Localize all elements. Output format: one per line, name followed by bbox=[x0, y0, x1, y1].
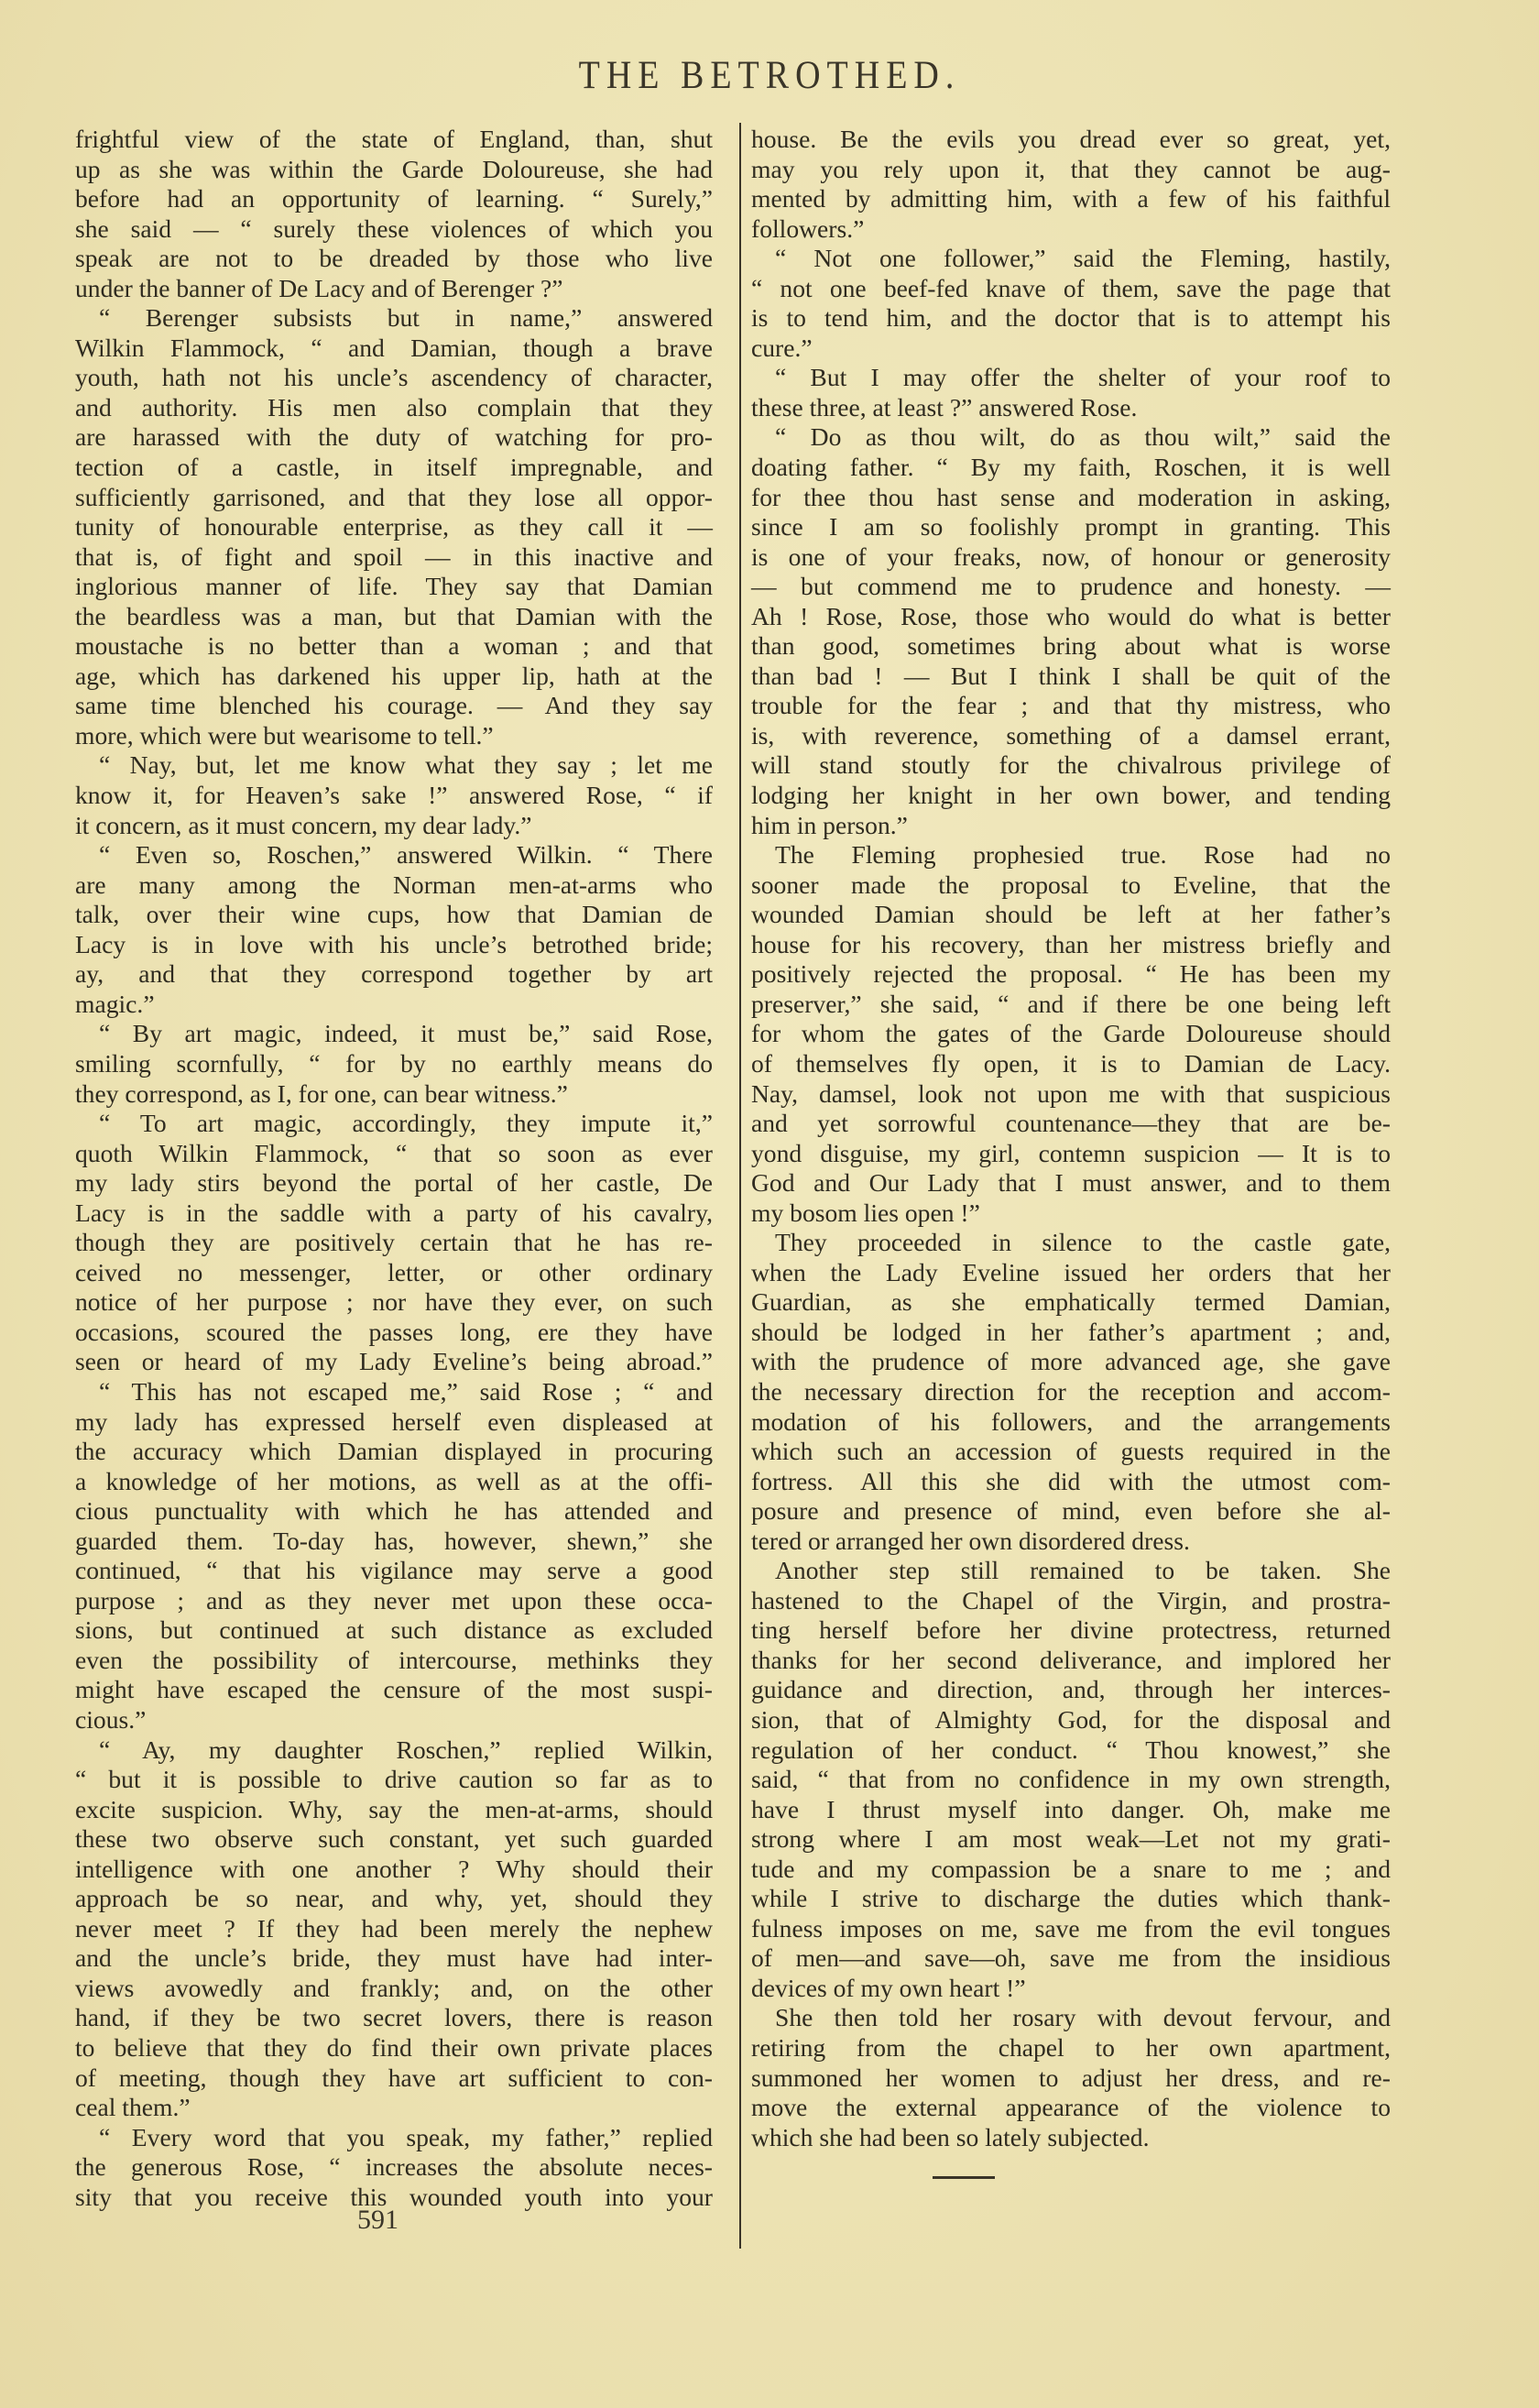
text-line: house for his recovery, than her mistres… bbox=[751, 930, 1391, 960]
text-line: “ Not one follower,” said the Fleming, h… bbox=[751, 244, 1391, 274]
text-line: modation of his followers, and the arran… bbox=[751, 1407, 1391, 1438]
text-line: my lady stirs beyond the portal of her c… bbox=[75, 1168, 713, 1199]
text-line: Another step still remained to be taken.… bbox=[751, 1556, 1391, 1586]
text-line: sions, but continued at such distance as… bbox=[75, 1615, 713, 1646]
text-line: “ By art magic, indeed, it must be,” sai… bbox=[75, 1019, 713, 1049]
section-end-rule bbox=[933, 2176, 995, 2179]
text-line: age, which has darkened his upper lip, h… bbox=[75, 662, 713, 692]
text-line: frightful view of the state of England, … bbox=[75, 125, 713, 155]
text-line: quoth Wilkin Flammock, “ that so soon as… bbox=[75, 1139, 713, 1169]
text-line: youth, hath not his uncle’s ascendency o… bbox=[75, 363, 713, 393]
text-line: the generous Rose, “ increases the absol… bbox=[75, 2152, 713, 2183]
text-line: God and Our Lady that I must answer, and… bbox=[751, 1168, 1391, 1199]
text-line: purpose ; and as they never met upon the… bbox=[75, 1586, 713, 1616]
text-line: “ Every word that you speak, my father,”… bbox=[75, 2123, 713, 2153]
text-line: tude and my compassion be a snare to me … bbox=[751, 1855, 1391, 1885]
text-line: They proceeded in silence to the castle … bbox=[751, 1228, 1391, 1258]
text-line: seen or heard of my Lady Eveline’s being… bbox=[75, 1347, 713, 1377]
text-line: inglorious manner of life. They say that… bbox=[75, 572, 713, 602]
text-line: ceived no messenger, letter, or other or… bbox=[75, 1258, 713, 1288]
text-line: sooner made the proposal to Eveline, tha… bbox=[751, 870, 1391, 901]
text-line: my bosom lies open !” bbox=[751, 1199, 1391, 1229]
text-line: him in person.” bbox=[751, 811, 1391, 841]
text-line: up as she was within the Garde Doloureus… bbox=[75, 155, 713, 185]
text-line: moustache is no better than a woman ; an… bbox=[75, 631, 713, 662]
text-line: is to tend him, and the doctor that is t… bbox=[751, 303, 1391, 334]
page-number: 591 bbox=[357, 2205, 398, 2236]
text-line: with the prudence of more advanced age, … bbox=[751, 1347, 1391, 1377]
text-line: and yet sorrowful countenance—they that … bbox=[751, 1109, 1391, 1139]
text-line: “ Berenger subsists but in name,” answer… bbox=[75, 303, 713, 334]
text-line: since I am so foolishly prompt in granti… bbox=[751, 512, 1391, 542]
text-line: it concern, as it must concern, my dear … bbox=[75, 811, 713, 841]
text-line: devices of my own heart !” bbox=[751, 1974, 1391, 2004]
text-line: cure.” bbox=[751, 334, 1391, 364]
text-line: “ But I may offer the shelter of your ro… bbox=[751, 363, 1391, 393]
text-line: for whom the gates of the Garde Doloureu… bbox=[751, 1019, 1391, 1049]
text-line: summoned her women to adjust her dress, … bbox=[751, 2063, 1391, 2094]
text-line: “ Do as thou wilt, do as thou wilt,” sai… bbox=[751, 422, 1391, 453]
text-line: strong where I am most weak—Let not my g… bbox=[751, 1824, 1391, 1855]
text-line: The Fleming prophesied true. Rose had no bbox=[751, 840, 1391, 870]
text-line: “ Even so, Roschen,” answered Wilkin. “ … bbox=[75, 840, 713, 870]
text-line: which she had been so lately subjected. bbox=[751, 2123, 1391, 2153]
text-line: is, with reverence, something of a damse… bbox=[751, 721, 1391, 751]
text-column-left: frightful view of the state of England, … bbox=[75, 125, 713, 2212]
text-line: She then told her rosary with devout fer… bbox=[751, 2003, 1391, 2033]
text-line: a knowledge of her motions, as well as a… bbox=[75, 1467, 713, 1497]
text-line: Nay, damsel, look not upon me with that … bbox=[751, 1079, 1391, 1110]
text-line: magic.” bbox=[75, 990, 713, 1020]
text-line: she said — “ surely these violences of w… bbox=[75, 214, 713, 245]
text-line: cious punctuality with which he has atte… bbox=[75, 1496, 713, 1527]
text-line: move the external appearance of the viol… bbox=[751, 2093, 1391, 2123]
text-line: mented by admitting him, with a few of h… bbox=[751, 184, 1391, 214]
text-line: “ Nay, but, let me know what they say ; … bbox=[75, 750, 713, 781]
page-title: THE BETROTHED. bbox=[0, 52, 1539, 99]
text-line: the accuracy which Damian displayed in p… bbox=[75, 1437, 713, 1467]
text-line: positively rejected the proposal. “ He h… bbox=[751, 959, 1391, 990]
text-line: than good, sometimes bring about what is… bbox=[751, 631, 1391, 662]
text-line: excite suspicion. Why, say the men-at-ar… bbox=[75, 1795, 713, 1825]
text-line: wounded Damian should be left at her fat… bbox=[751, 900, 1391, 930]
text-line: than bad ! — But I think I shall be quit… bbox=[751, 662, 1391, 692]
text-line: while I strive to discharge the duties w… bbox=[751, 1884, 1391, 1914]
text-line: lodging her knight in her own bower, and… bbox=[751, 781, 1391, 811]
text-line: these two observe such constant, yet suc… bbox=[75, 1824, 713, 1855]
text-line: approach be so near, and why, yet, shoul… bbox=[75, 1884, 713, 1914]
text-line: they correspond, as I, for one, can bear… bbox=[75, 1079, 713, 1110]
text-line: continued, “ that his vigilance may serv… bbox=[75, 1556, 713, 1586]
text-line: which such an accession of guests requir… bbox=[751, 1437, 1391, 1467]
text-line: “ This has not escaped me,” said Rose ; … bbox=[75, 1377, 713, 1407]
text-line: hand, if they be two secret lovers, ther… bbox=[75, 2003, 713, 2033]
text-line: of men—and save—oh, save me from the ins… bbox=[751, 1943, 1391, 1974]
text-line: regulation of her conduct. “ Thou knowes… bbox=[751, 1735, 1391, 1766]
text-line: though they are positively certain that … bbox=[75, 1228, 713, 1258]
text-line: yond disguise, my girl, contemn suspicio… bbox=[751, 1139, 1391, 1169]
text-line: guarded them. To-day has, however, shewn… bbox=[75, 1527, 713, 1557]
text-line: preserver,” she said, “ and if there be … bbox=[751, 990, 1391, 1020]
text-line: “ not one beef-fed knave of them, save t… bbox=[751, 274, 1391, 304]
text-line: trouble for the fear ; and that thy mist… bbox=[751, 691, 1391, 721]
text-line: Lacy is in love with his uncle’s betroth… bbox=[75, 930, 713, 960]
text-line: fortress. All this she did with the utmo… bbox=[751, 1467, 1391, 1497]
text-line: cious.” bbox=[75, 1705, 713, 1735]
text-line: occasions, scoured the passes long, ere … bbox=[75, 1318, 713, 1348]
text-line: “ To art magic, accordingly, they impute… bbox=[75, 1109, 713, 1139]
text-line: guidance and direction, and, through her… bbox=[751, 1675, 1391, 1705]
text-line: ay, and that they correspond together by… bbox=[75, 959, 713, 990]
text-line: house. Be the evils you dread ever so gr… bbox=[751, 125, 1391, 155]
text-line: might have escaped the censure of the mo… bbox=[75, 1675, 713, 1705]
text-line: Wilkin Flammock, “ and Damian, though a … bbox=[75, 334, 713, 364]
text-line: Guardian, as she emphatically termed Dam… bbox=[751, 1287, 1391, 1318]
text-line: smiling scornfully, “ for by no earthly … bbox=[75, 1049, 713, 1079]
text-line: before had an opportunity of learning. “… bbox=[75, 184, 713, 214]
text-line: under the banner of De Lacy and of Beren… bbox=[75, 274, 713, 304]
text-line: when the Lady Eveline issued her orders … bbox=[751, 1258, 1391, 1288]
text-line: are many among the Norman men-at-arms wh… bbox=[75, 870, 713, 901]
text-line: said, “ that from no confidence in my ow… bbox=[751, 1765, 1391, 1795]
text-line: sufficiently garrisoned, and that they l… bbox=[75, 483, 713, 513]
text-line: — but commend me to prudence and honesty… bbox=[751, 572, 1391, 602]
text-line: of themselves fly open, it is to Damian … bbox=[751, 1049, 1391, 1079]
text-line: “ but it is possible to drive caution so… bbox=[75, 1765, 713, 1795]
text-line: my lady has expressed herself even displ… bbox=[75, 1407, 713, 1438]
text-line: ting herself before her divine protectre… bbox=[751, 1615, 1391, 1646]
text-line: posure and presence of mind, even before… bbox=[751, 1496, 1391, 1527]
text-line: even the possibility of intercourse, met… bbox=[75, 1646, 713, 1676]
text-line: and the uncle’s bride, they must have ha… bbox=[75, 1943, 713, 1974]
text-line: fulness imposes on me, save me from the … bbox=[751, 1914, 1391, 1944]
text-line: and authority. His men also complain tha… bbox=[75, 393, 713, 423]
text-line: tunity of honourable enterprise, as they… bbox=[75, 512, 713, 542]
text-line: for thee thou hast sense and moderation … bbox=[751, 483, 1391, 513]
text-line: speak are not to be dreaded by those who… bbox=[75, 244, 713, 274]
text-line: thanks for her second deliverance, and i… bbox=[751, 1646, 1391, 1676]
text-line: of meeting, though they have art suffici… bbox=[75, 2063, 713, 2094]
text-line: will stand stoutly for the chivalrous pr… bbox=[751, 750, 1391, 781]
text-line: may you rely upon it, that they cannot b… bbox=[751, 155, 1391, 185]
text-line: same time blenched his courage. — And th… bbox=[75, 691, 713, 721]
text-line: the necessary direction for the receptio… bbox=[751, 1377, 1391, 1407]
text-line: know it, for Heaven’s sake !” answered R… bbox=[75, 781, 713, 811]
text-line: views avowedly and frankly; and, on the … bbox=[75, 1974, 713, 2004]
text-line: tection of a castle, in itself impregnab… bbox=[75, 453, 713, 483]
text-line: tered or arranged her own disordered dre… bbox=[751, 1527, 1391, 1557]
text-line: to believe that they do find their own p… bbox=[75, 2033, 713, 2063]
text-line: the beardless was a man, but that Damian… bbox=[75, 602, 713, 632]
text-line: should be lodged in her father’s apartme… bbox=[751, 1318, 1391, 1348]
text-line: Lacy is in the saddle with a party of hi… bbox=[75, 1199, 713, 1229]
text-line: never meet ? If they had been merely the… bbox=[75, 1914, 713, 1944]
text-line: have I thrust myself into danger. Oh, ma… bbox=[751, 1795, 1391, 1825]
text-line: doating father. “ By my faith, Roschen, … bbox=[751, 453, 1391, 483]
column-divider bbox=[739, 123, 741, 2249]
text-line: “ Ay, my daughter Roschen,” replied Wilk… bbox=[75, 1735, 713, 1766]
text-line: that is, of fight and spoil — in this in… bbox=[75, 542, 713, 573]
text-line: more, which were but wearisome to tell.” bbox=[75, 721, 713, 751]
text-line: followers.” bbox=[751, 214, 1391, 245]
text-line: is one of your freaks, now, of honour or… bbox=[751, 542, 1391, 573]
text-line: intelligence with one another ? Why shou… bbox=[75, 1855, 713, 1885]
text-line: hastened to the Chapel of the Virgin, an… bbox=[751, 1586, 1391, 1616]
text-line: ceal them.” bbox=[75, 2093, 713, 2123]
text-line: talk, over their wine cups, how that Dam… bbox=[75, 900, 713, 930]
text-line: Ah ! Rose, Rose, those who would do what… bbox=[751, 602, 1391, 632]
text-line: are harassed with the duty of watching f… bbox=[75, 422, 713, 453]
text-line: these three, at least ?” answered Rose. bbox=[751, 393, 1391, 423]
text-column-right: house. Be the evils you dread ever so gr… bbox=[751, 125, 1391, 2152]
text-line: sion, that of Almighty God, for the disp… bbox=[751, 1705, 1391, 1735]
text-line: notice of her purpose ; nor have they ev… bbox=[75, 1287, 713, 1318]
text-line: retiring from the chapel to her own apar… bbox=[751, 2033, 1391, 2063]
